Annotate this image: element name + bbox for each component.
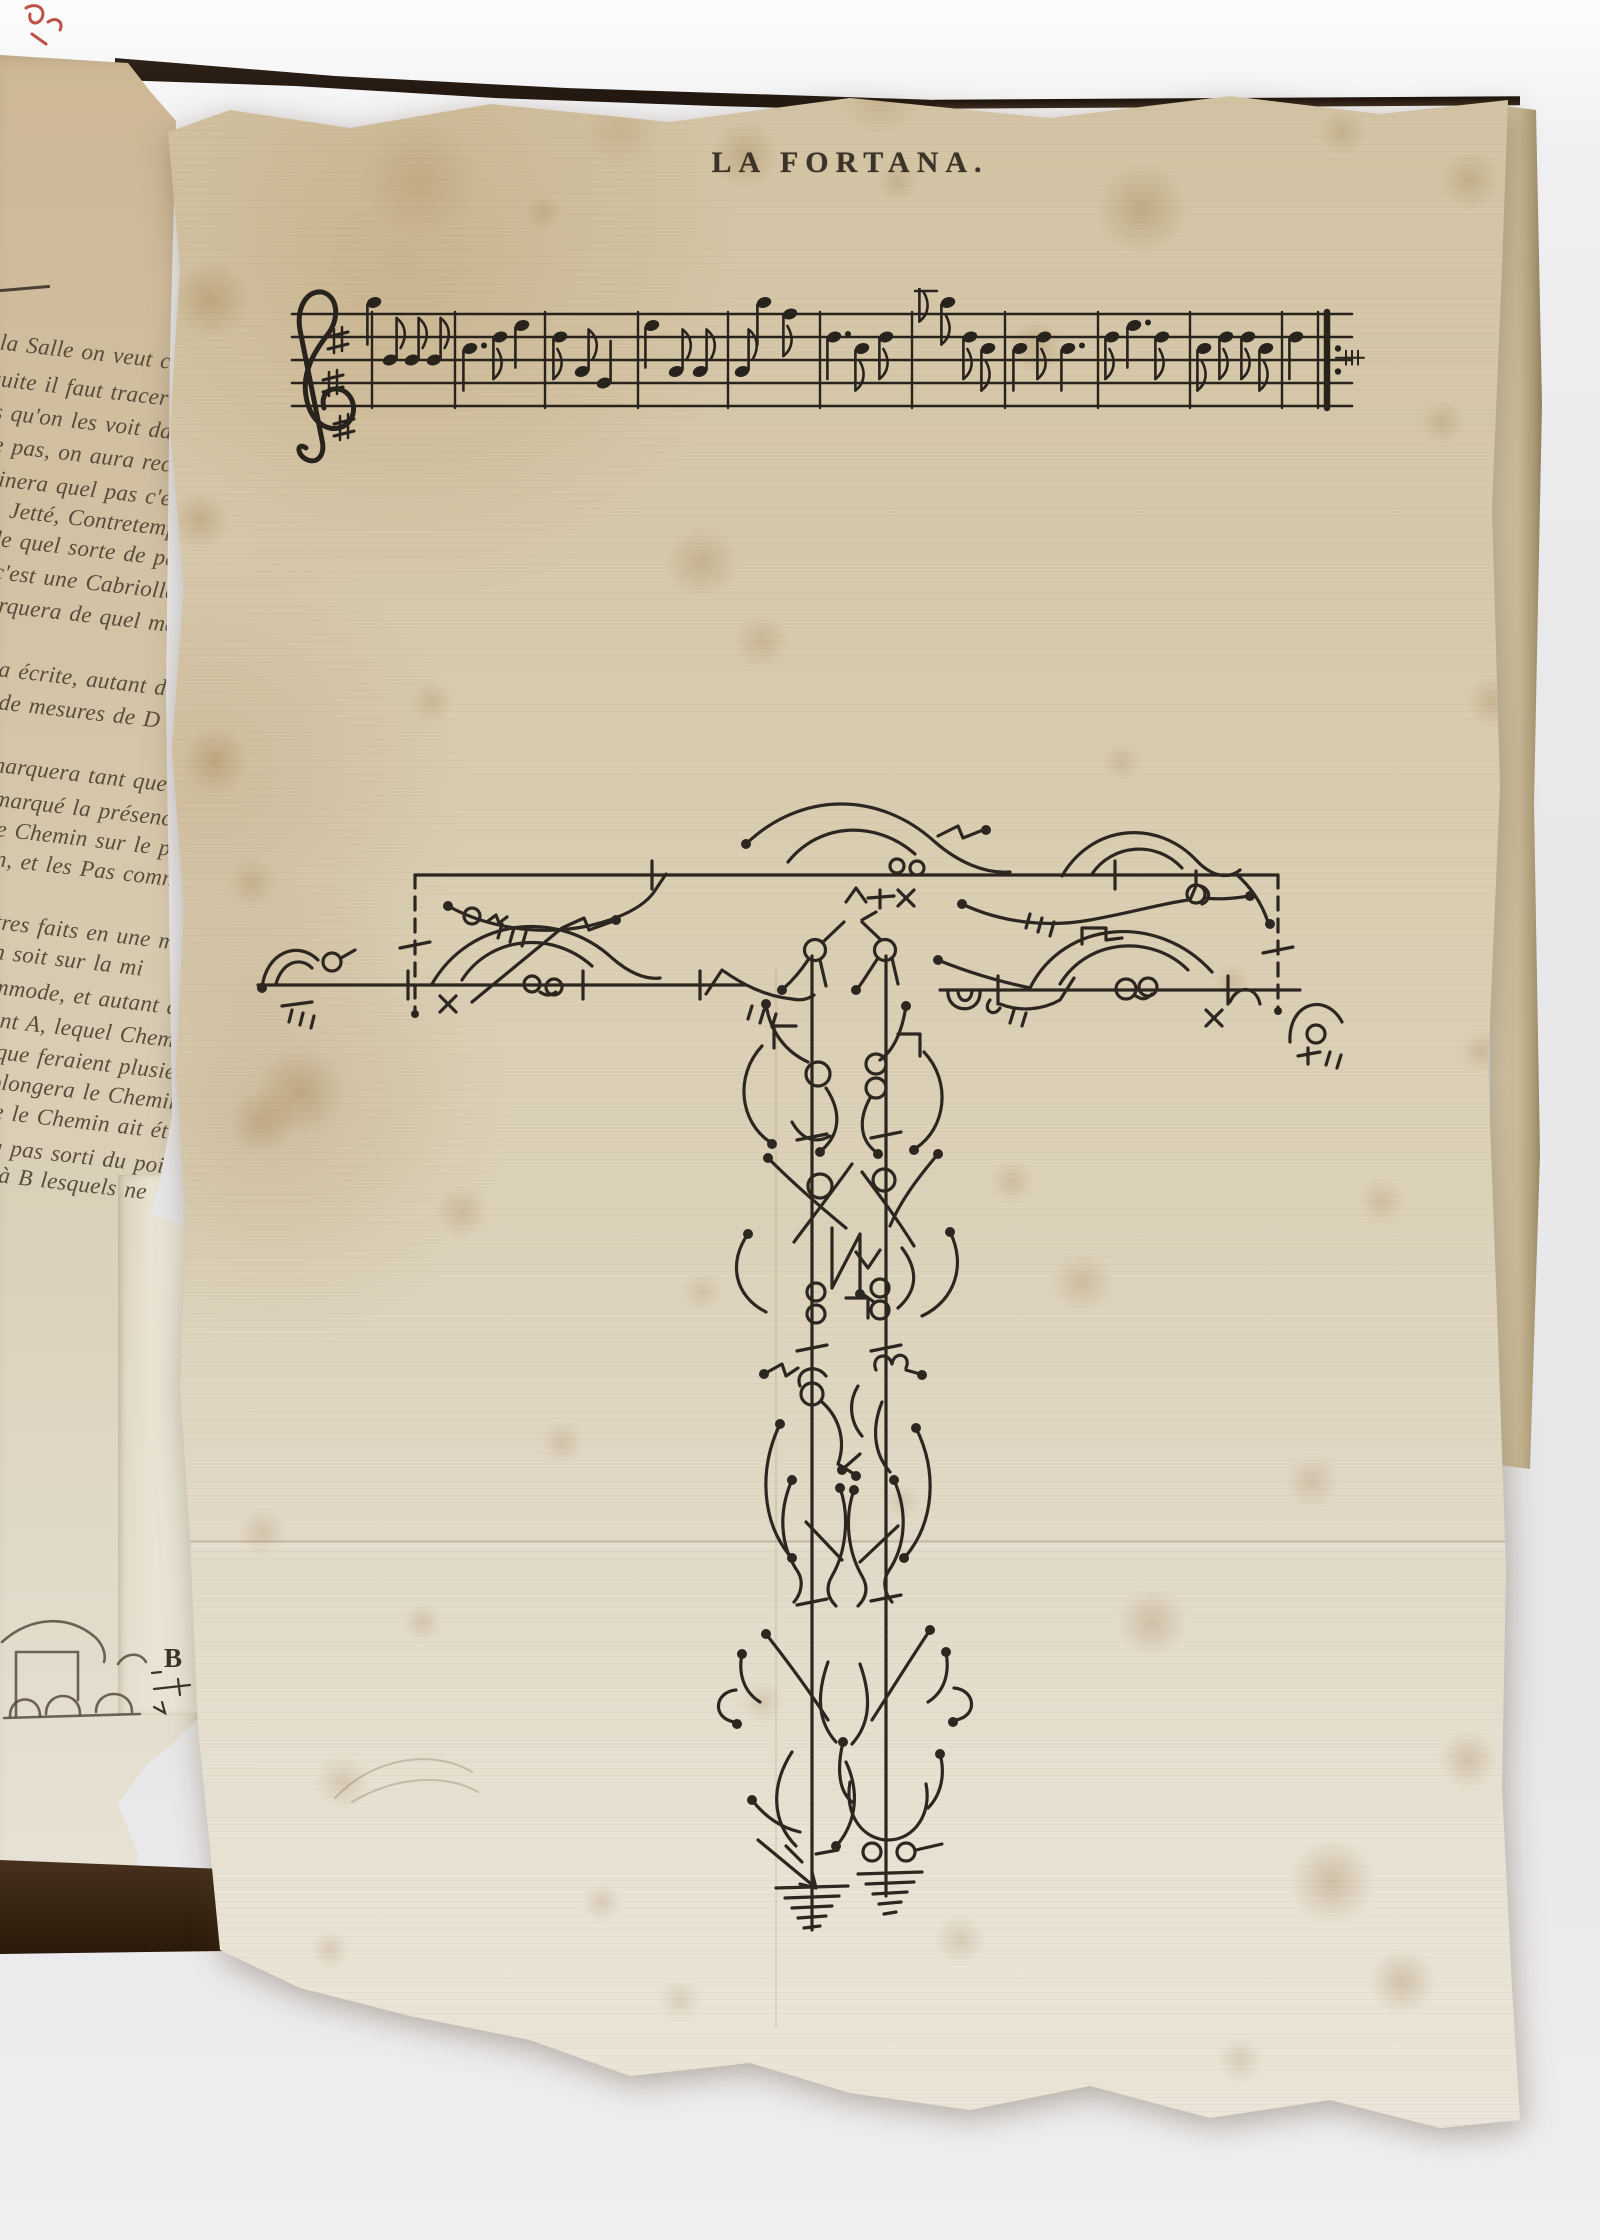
foxing-spot	[1318, 108, 1366, 156]
foxing-spot	[1216, 2036, 1264, 2084]
foxing-spot	[840, 55, 920, 135]
stem-steps-5	[718, 1625, 971, 1744]
notation-track-lines	[258, 861, 1300, 1930]
foxing-spot	[658, 1978, 702, 2022]
treble-clef-icon	[299, 292, 354, 461]
foxing-spot	[170, 260, 250, 340]
pen-stroke	[0, 285, 50, 292]
foxing-spot	[170, 490, 230, 550]
plate-title: LA FORTANA.	[620, 146, 1080, 180]
red-ink-marks	[12, 0, 82, 52]
left-arm-steps	[257, 915, 814, 1028]
plate-page: LA FORTANA.	[150, 88, 1525, 2133]
top-arm-steps-right	[957, 871, 1255, 936]
foxing-spot	[360, 120, 480, 240]
foxing-spot	[525, 194, 561, 230]
top-arm-arc-center	[741, 804, 1010, 908]
top-arm-arc-right	[1062, 833, 1275, 929]
stem-steps-2	[736, 1149, 957, 1323]
stem-steps-6	[747, 1737, 945, 1888]
foxing-spot	[664, 524, 740, 600]
faint-pencil-sketch	[335, 1759, 478, 1802]
music-staff	[280, 288, 1520, 488]
dance-notation	[230, 770, 1560, 1970]
foxing-spot	[1440, 150, 1500, 210]
letter-B: B	[164, 1643, 182, 1674]
foxing-spot	[1096, 162, 1188, 254]
foxing-spot	[734, 614, 790, 670]
foxing-spot	[410, 680, 454, 724]
step-symbols	[257, 804, 1342, 1888]
